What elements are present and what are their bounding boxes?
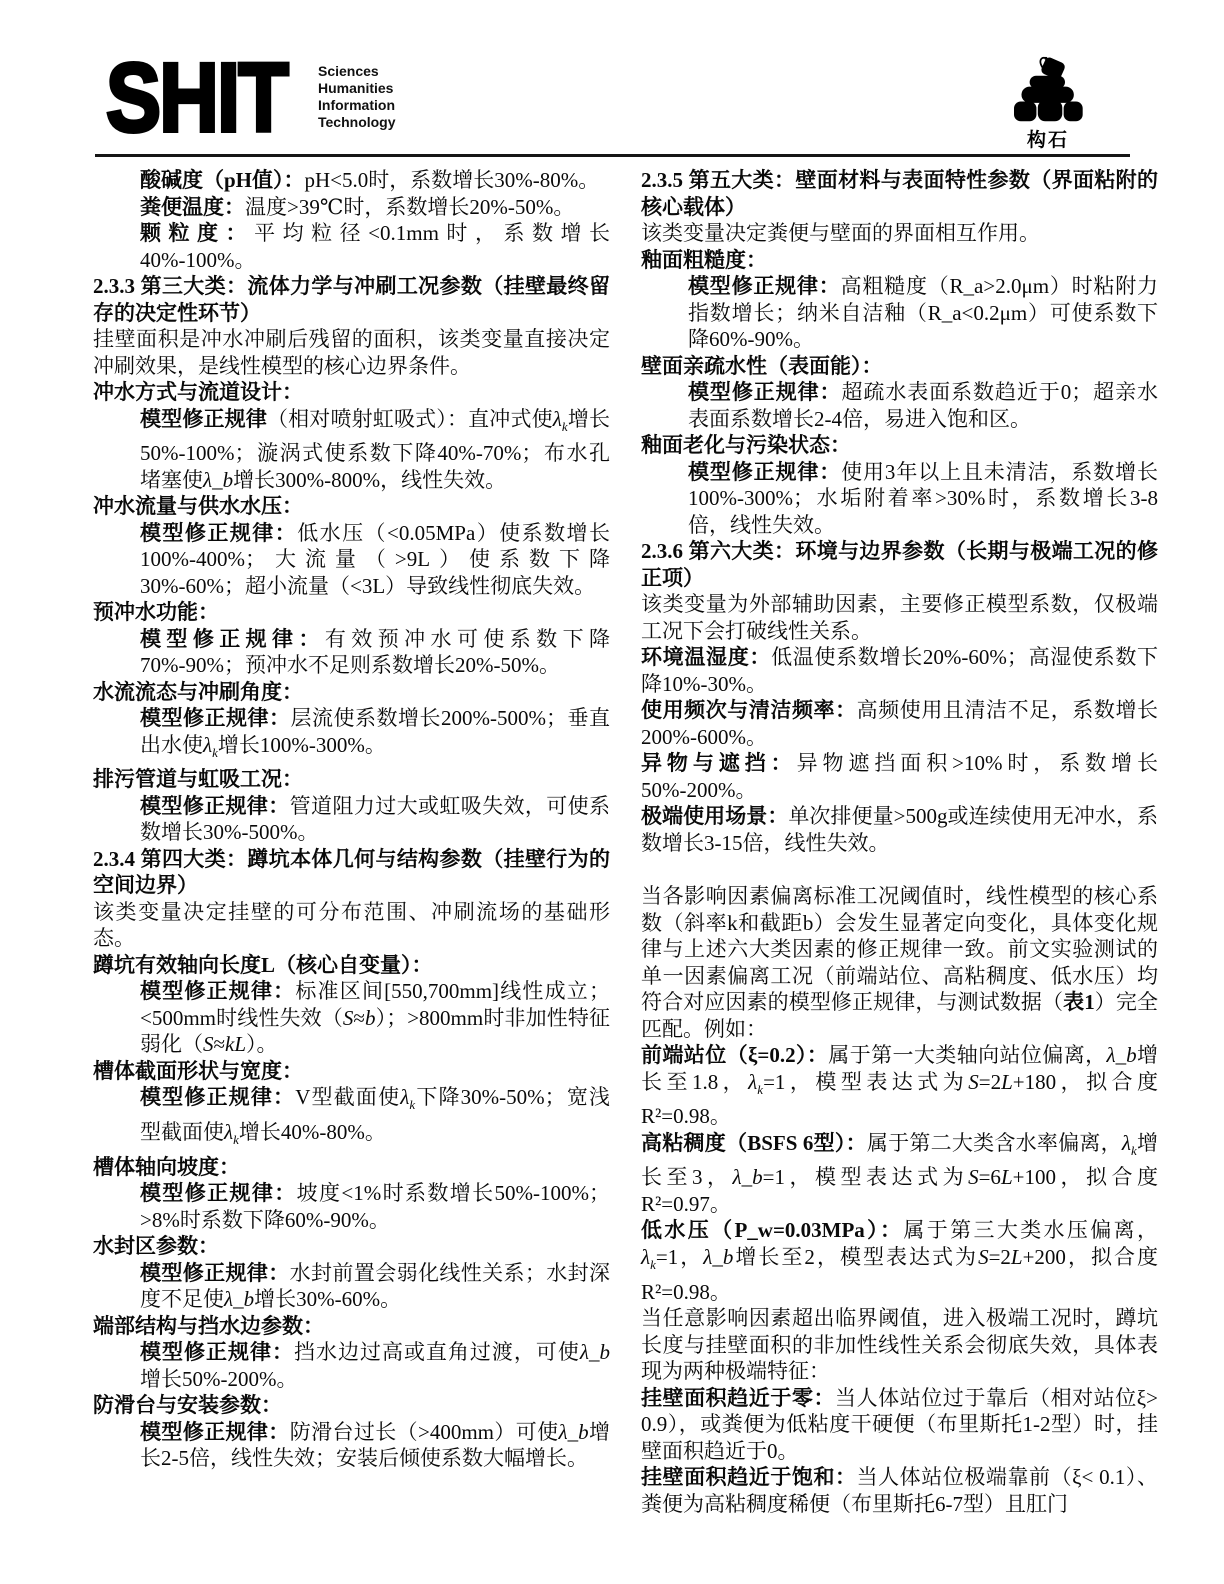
publisher-seal: 构石 — [1004, 56, 1092, 152]
paragraph: 该类变量决定挂壁的可分布范围、冲刷流场的基础形态。 — [93, 899, 610, 952]
paragraph: 极端使用场景：单次排便量>500g或连续使用无冲水，系数增长3-15倍，线性失效… — [641, 803, 1158, 856]
paragraph: 防滑台与安装参数： — [93, 1392, 610, 1419]
paragraph: 模型修正规律：挡水边过高或直角过渡，可使λ_b增长50%-200%。 — [140, 1339, 610, 1392]
document-page: SHIT SciencesHumanitiesInformationTechno… — [0, 0, 1224, 1584]
paragraph: 使用频次与清洁频率：高频使用且清洁不足，系数增长200%-600%。 — [641, 697, 1158, 750]
left-column: 酸碱度（pH值）：pH<5.0时，系数增长30%-80%。粪便温度：温度>39℃… — [93, 167, 610, 1517]
paragraph: 排污管道与虹吸工况： — [93, 766, 610, 793]
section-heading: 2.3.4 第四大类：蹲坑本体几何与结构参数（挂壁行为的空间边界） — [93, 846, 610, 899]
paragraph: 槽体截面形状与宽度： — [93, 1058, 610, 1085]
paragraph: 釉面老化与污染状态： — [641, 432, 1158, 459]
section-heading: 2.3.6 第六大类：环境与边界参数（长期与极端工况的修正项） — [641, 538, 1158, 591]
paragraph: 模型修正规律：高粗糙度（R_a>2.0μm）时粘附力指数增长；纳米自洁釉（R_a… — [688, 273, 1158, 353]
tagline-line: Sciences — [318, 63, 396, 80]
paragraph: 高粘稠度（BSFS 6型）：属于第二大类含水率偏离，λk增长至3，λ_b=1，模… — [641, 1130, 1158, 1218]
paragraph: 模型修正规律：防滑台过长（>400mm）可使λ_b增长2-5倍，线性失效；安装后… — [140, 1419, 610, 1472]
paragraph: 蹲坑有效轴向长度L（核心自变量）： — [93, 952, 610, 979]
right-column: 2.3.5 第五大类：壁面材料与表面特性参数（界面粘附的核心载体）该类变量决定粪… — [641, 167, 1158, 1517]
paragraph: 壁面亲疏水性（表面能）： — [641, 353, 1158, 380]
paragraph: 预冲水功能： — [93, 599, 610, 626]
paragraph: 挂壁面积趋近于零：当人体站位过于靠后（相对站位ξ> 0.9），或粪便为低粘度干硬… — [641, 1385, 1158, 1465]
journal-logo-text: SHIT — [106, 49, 287, 146]
paragraph: 釉面粗糙度： — [641, 247, 1158, 274]
header-divider — [95, 154, 1130, 157]
two-column-body: 酸碱度（pH值）：pH<5.0时，系数增长30%-80%。粪便温度：温度>39℃… — [93, 167, 1158, 1517]
paragraph: 模型修正规律（相对喷射虹吸式）：直冲式使λk增长50%-100%；漩涡式使系数下… — [140, 406, 610, 494]
paragraph: 水封区参数： — [93, 1233, 610, 1260]
paragraph: 粪便温度：温度>39℃时，系数增长20%-50%。 — [140, 194, 610, 221]
paragraph: 环境温湿度：低温使系数增长20%-60%；高湿使系数下降10%-30%。 — [641, 644, 1158, 697]
section-heading: 2.3.5 第五大类：壁面材料与表面特性参数（界面粘附的核心载体） — [641, 167, 1158, 220]
paragraph: 模型修正规律：使用3年以上且未清洁，系数增长100%-300%；水垢附着率>30… — [688, 459, 1158, 539]
tagline-line: Technology — [318, 114, 396, 131]
paragraph: 该类变量为外部辅助因素，主要修正模型系数，仅极端工况下会打破线性关系。 — [641, 591, 1158, 644]
paragraph: 模型修正规律：标准区间[550,700mm]线性成立；<500mm时线性失效（S… — [140, 978, 610, 1058]
tagline-line: Humanities — [318, 80, 396, 97]
stone-stack-icon — [1007, 56, 1089, 124]
paragraph: 冲水方式与流道设计： — [93, 379, 610, 406]
paragraph: 模型修正规律：管道阻力过大或虹吸失效，可使系数增长30%-500%。 — [140, 793, 610, 846]
paragraph: 酸碱度（pH值）：pH<5.0时，系数增长30%-80%。 — [140, 167, 610, 194]
paragraph: 模型修正规律：低水压（<0.05MPa）使系数增长100%-400%；大流量（>… — [140, 520, 610, 600]
paragraph: 模型修正规律：超疏水表面系数趋近于0；超亲水表面系数增长2-4倍，易进入饱和区。 — [688, 379, 1158, 432]
paragraph: 挂壁面积是冲水冲刷后残留的面积，该类变量直接决定冲刷效果，是线性模型的核心边界条… — [93, 326, 610, 379]
paragraph: 模型修正规律：有效预冲水可使系数下降70%-90%；预冲水不足则系数增长20%-… — [140, 626, 610, 679]
paragraph: 模型修正规律：水封前置会弱化线性关系；水封深度不足使λ_b增长30%-60%。 — [140, 1260, 610, 1313]
publisher-seal-label: 构石 — [1004, 125, 1092, 152]
paragraph: 端部结构与挡水边参数： — [93, 1313, 610, 1340]
paragraph: 模型修正规律：层流使系数增长200%-500%；垂直出水使λk增长100%-30… — [140, 705, 610, 766]
paragraph: 异物与遮挡：异物遮挡面积>10%时，系数增长50%-200%。 — [641, 750, 1158, 803]
paragraph: 模型修正规律：坡度<1%时系数增长50%-100%；>8%时系数下降60%-90… — [140, 1180, 610, 1233]
paragraph: 低水压（P_w=0.03MPa）：属于第三大类水压偏离，λk=1，λ_b增长至2… — [641, 1217, 1158, 1305]
paragraph: 模型修正规律：V型截面使λk下降30%-50%；宽浅型截面使λk增长40%-80… — [140, 1084, 610, 1153]
paragraph: 颗粒度：平均粒径<0.1mm时，系数增长40%-100%。 — [140, 220, 610, 273]
paragraph: 水流流态与冲刷角度： — [93, 679, 610, 706]
paragraph: 挂壁面积趋近于饱和：当人体站位极端靠前（ξ< 0.1）、粪便为高粘稠度稀便（布里… — [641, 1464, 1158, 1517]
paragraph: 槽体轴向坡度： — [93, 1154, 610, 1181]
paragraph: 前端站位（ξ=0.2）：属于第一大类轴向站位偏离，λ_b增长至1.8，λk=1，… — [641, 1042, 1158, 1130]
paragraph: 当任意影响因素超出临界阈值，进入极端工况时，蹲坑长度与挂壁面积的非加性线性关系会… — [641, 1305, 1158, 1385]
paragraph-gap — [641, 856, 1158, 883]
tagline-line: Information — [318, 97, 396, 114]
journal-tagline: SciencesHumanitiesInformationTechnology — [318, 63, 396, 131]
section-heading: 2.3.3 第三大类：流体力学与冲刷工况参数（挂壁最终留存的决定性环节） — [93, 273, 610, 326]
paragraph: 该类变量决定粪便与壁面的界面相互作用。 — [641, 220, 1158, 247]
paragraph: 当各影响因素偏离标准工况阈值时，线性模型的核心系数（斜率k和截距b）会发生显著定… — [641, 883, 1158, 1042]
paragraph: 冲水流量与供水水压： — [93, 493, 610, 520]
